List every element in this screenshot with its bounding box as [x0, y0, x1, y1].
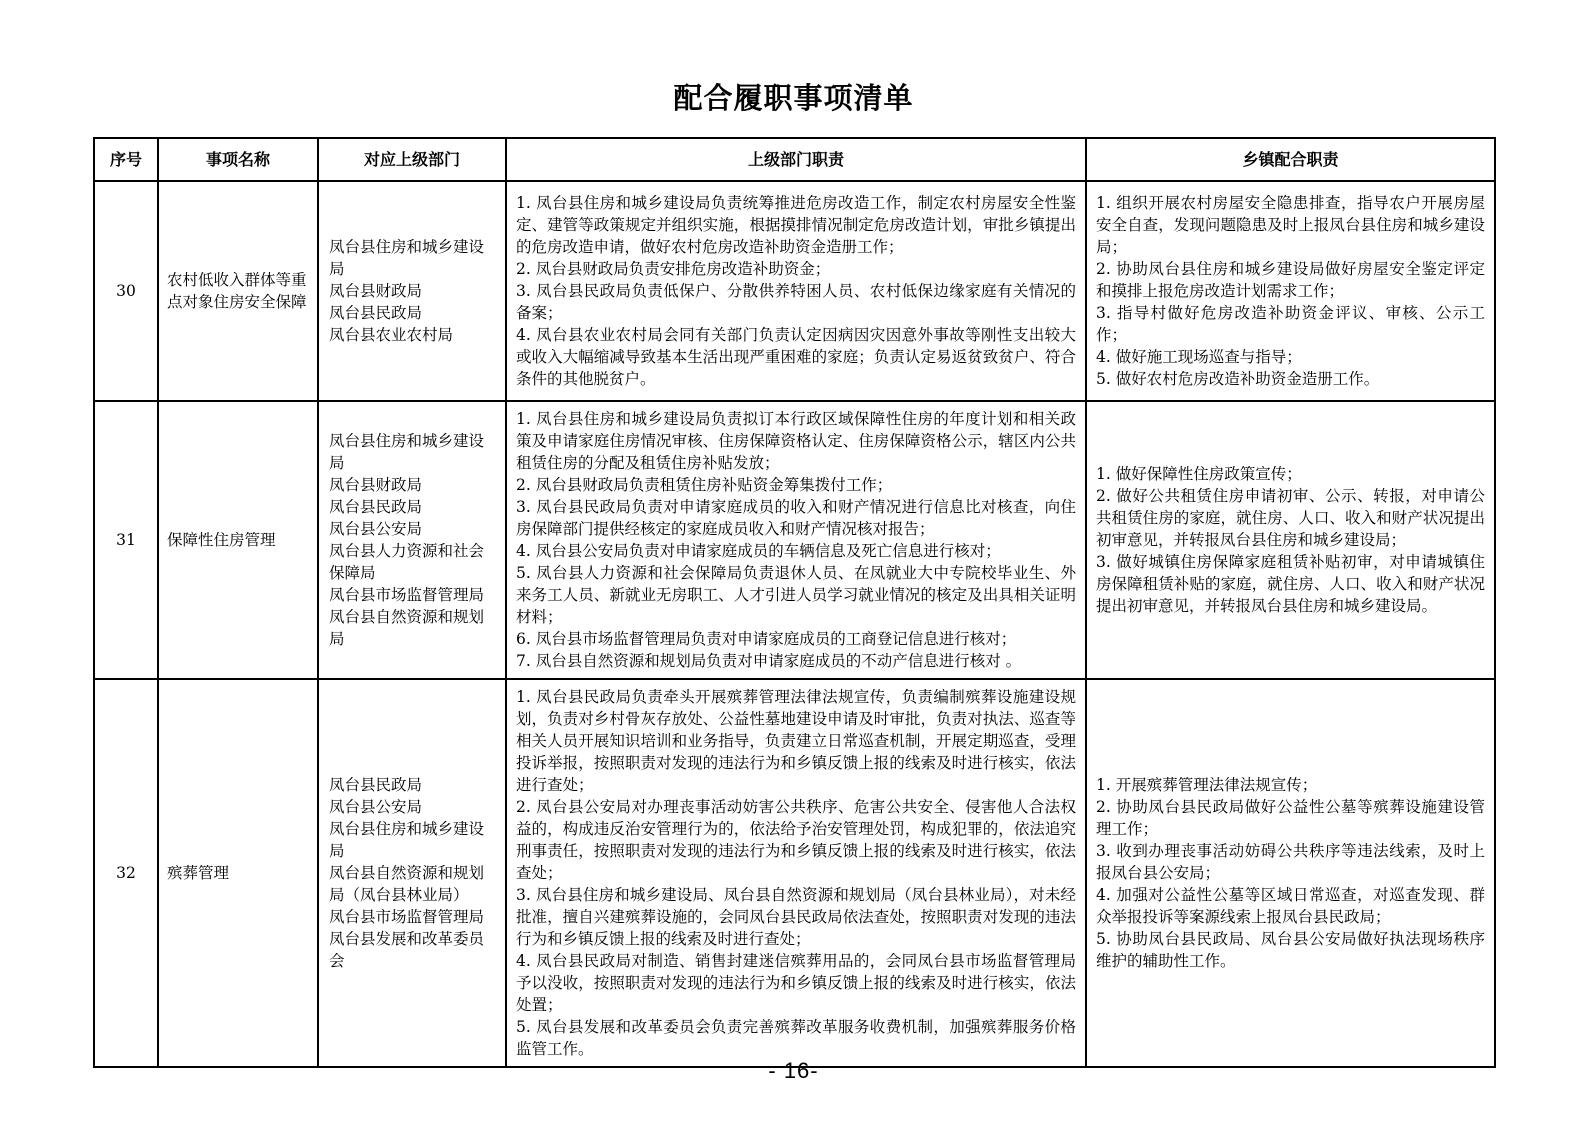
- seq-cell: 32: [94, 679, 158, 1067]
- item-name-cell: 保障性住房管理: [158, 401, 318, 679]
- table-row: 31 保障性住房管理 凤台县住房和城乡建设局 凤台县财政局 凤台县民政局 凤台县…: [94, 401, 1495, 679]
- township-duties-cell: 1. 开展殡葬管理法律法规宣传； 2. 协助凤台县民政局做好公益性公墓等殡葬设施…: [1086, 679, 1495, 1067]
- item-name-cell: 农村低收入群体等重点对象住房安全保障: [158, 181, 318, 401]
- seq-cell: 31: [94, 401, 158, 679]
- page-title: 配合履职事项清单: [0, 76, 1587, 117]
- page-number: - 16-: [0, 1058, 1587, 1084]
- superior-duties-cell: 1. 凤台县民政局负责牵头开展殡葬管理法律法规宣传，负责编制殡葬设施建设规划，负…: [506, 679, 1086, 1067]
- item-name-cell: 殡葬管理: [158, 679, 318, 1067]
- column-header-township-duties: 乡镇配合职责: [1086, 138, 1495, 181]
- table-row: 32 殡葬管理 凤台县民政局 凤台县公安局 凤台县住房和城乡建设局 凤台县自然资…: [94, 679, 1495, 1067]
- seq-cell: 30: [94, 181, 158, 401]
- departments-cell: 凤台县住房和城乡建设局 凤台县财政局 凤台县民政局 凤台县农业农村局: [318, 181, 506, 401]
- township-duties-cell: 1. 组织开展农村房屋安全隐患排查，指导农户开展房屋安全自查，发现问题隐患及时上…: [1086, 181, 1495, 401]
- column-header-superior-duties: 上级部门职责: [506, 138, 1086, 181]
- departments-cell: 凤台县住房和城乡建设局 凤台县财政局 凤台县民政局 凤台县公安局 凤台县人力资源…: [318, 401, 506, 679]
- header-row: 序号 事项名称 对应上级部门 上级部门职责 乡镇配合职责: [94, 138, 1495, 181]
- column-header-item-name: 事项名称: [158, 138, 318, 181]
- column-header-seq: 序号: [94, 138, 158, 181]
- superior-duties-cell: 1. 凤台县住房和城乡建设局负责统筹推进危房改造工作，制定农村房屋安全性鉴定、建…: [506, 181, 1086, 401]
- table-row: 30 农村低收入群体等重点对象住房安全保障 凤台县住房和城乡建设局 凤台县财政局…: [94, 181, 1495, 401]
- document-page: 配合履职事项清单 序号 事项名称 对应上级部门 上级部门职责 乡镇配合职责 30…: [0, 0, 1587, 1122]
- duties-table: 序号 事项名称 对应上级部门 上级部门职责 乡镇配合职责 30 农村低收入群体等…: [93, 137, 1496, 1068]
- column-header-departments: 对应上级部门: [318, 138, 506, 181]
- superior-duties-cell: 1. 凤台县住房和城乡建设局负责拟订本行政区域保障性住房的年度计划和相关政策及申…: [506, 401, 1086, 679]
- departments-cell: 凤台县民政局 凤台县公安局 凤台县住房和城乡建设局 凤台县自然资源和规划局（凤台…: [318, 679, 506, 1067]
- township-duties-cell: 1. 做好保障性住房政策宣传； 2. 做好公共租赁住房申请初审、公示、转报，对申…: [1086, 401, 1495, 679]
